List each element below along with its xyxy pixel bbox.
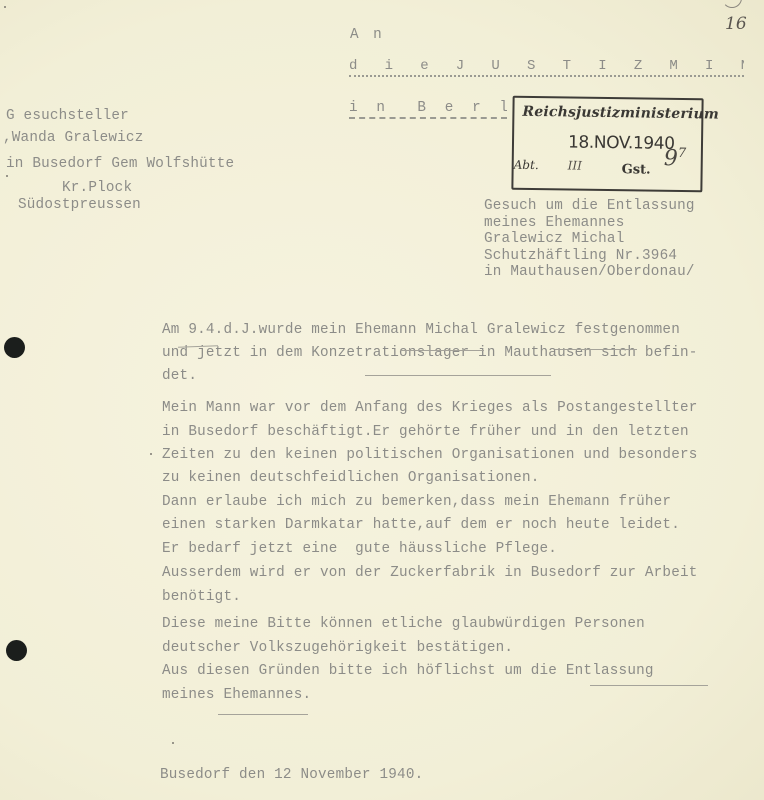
body-line: Er bedarf jetzt eine gute häussliche Pfl… (162, 541, 557, 557)
underline (400, 350, 484, 351)
recipient-city: i n B e r l i n (349, 100, 507, 119)
subject-line: Gralewicz Michal (484, 231, 624, 247)
speck (172, 742, 174, 744)
body-line: in Busedorf beschäftigt.Er gehörte frühe… (162, 424, 689, 440)
body-line: Aus diesen Gründen bitte ich höflichst u… (162, 663, 654, 679)
stamp-hand-sup: 7 (678, 146, 686, 161)
body-line: Mein Mann war vor dem Anfang des Krieges… (162, 400, 698, 416)
recipient-ministry: d i e J U S T I Z M I N I S T E R I U M (349, 58, 744, 77)
body-line: benötigt. (162, 589, 241, 605)
speck (4, 6, 6, 8)
closing-place-date: Busedorf den 12 November 1940. (160, 767, 423, 783)
body-line: det. (162, 368, 197, 384)
stamp-handwritten-number: 97 (664, 146, 687, 172)
subject-line: in Mauthausen/Oberdonau/ (484, 264, 695, 280)
speck (150, 453, 152, 455)
underline (590, 685, 708, 686)
body-line: deutscher Volkszugehörigkeit bestätigen. (162, 640, 513, 656)
recipient-an: A n (350, 27, 385, 43)
speck (6, 175, 8, 177)
sender-district: Kr.Plock (62, 180, 132, 196)
body-line: Dann erlaube ich mich zu bemerken,dass m… (162, 494, 671, 510)
punch-hole (6, 640, 27, 661)
underline (365, 375, 551, 376)
subject-line: Gesuch um die Entlassung (484, 198, 695, 214)
receipt-stamp: Reichsjustizministerium 18.NOV.1940 Abt.… (511, 96, 703, 193)
folio-number: 16 (725, 14, 747, 34)
stamp-gst-label: Gst. (622, 162, 651, 177)
body-line: meines Ehemannes. (162, 687, 311, 703)
stamp-hand-main: 9 (664, 146, 678, 171)
body-line: Zeiten zu den keinen politischen Organis… (162, 447, 698, 463)
underline (218, 714, 308, 715)
stamp-date: 18.NOV.1940 (568, 132, 675, 153)
sender-address: in Busedorf Gem Wolfshütte (6, 156, 234, 172)
underline (555, 349, 637, 350)
subject-line: meines Ehemannes (484, 215, 624, 231)
body-line: Diese meine Bitte können etliche glaubwü… (162, 616, 645, 632)
body-line: Am 9.4.d.J.wurde mein Ehemann Michal Gra… (162, 322, 680, 338)
sender-label: G esuchsteller (6, 108, 129, 124)
body-line: einen starken Darmkatar hatte,auf dem er… (162, 517, 680, 533)
sender-name: ,Wanda Gralewicz (3, 130, 143, 146)
body-line: zu keinen deutschfeidlichen Organisation… (162, 470, 540, 486)
pencil-mark (722, 0, 742, 8)
punch-hole (4, 337, 25, 358)
body-line: Ausserdem wird er von der Zuckerfabrik i… (162, 565, 698, 581)
body-line: und jetzt in dem Konzetrationslager in M… (162, 345, 698, 361)
stamp-title: Reichsjustizministerium (522, 104, 719, 123)
subject-line: Schutzhäftling Nr.3964 (484, 248, 677, 264)
document-page: 16 A n d i e J U S T I Z M I N I S T E R… (0, 0, 764, 800)
stamp-abt-label: Abt. (514, 158, 539, 172)
sender-region: Südostpreussen (18, 197, 141, 213)
stamp-abt-value: III (568, 158, 582, 172)
